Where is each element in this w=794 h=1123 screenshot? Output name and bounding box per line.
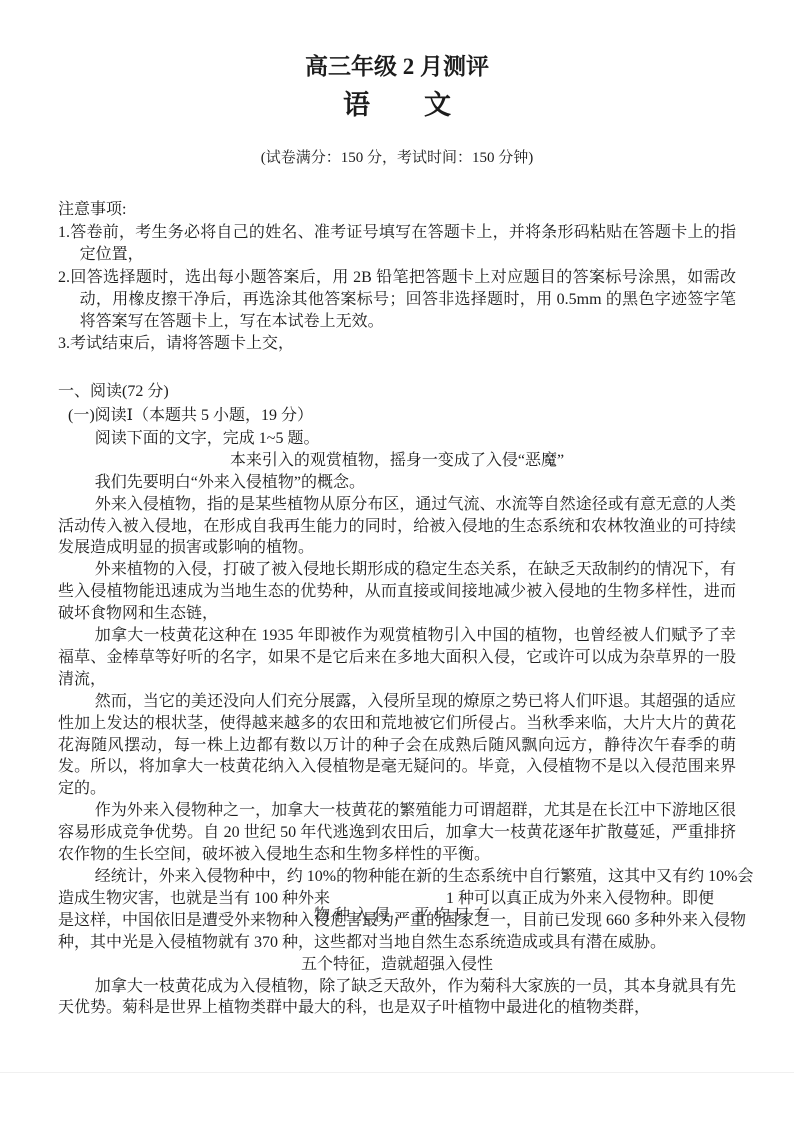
- note-item-3: 3.考试结束后，请将答题卡上交，: [58, 333, 736, 355]
- essay-body: 本来引入的观赏植物，摇身一变成了入侵“恶魔” 我们先要明白“外来入侵植物”的概念…: [58, 450, 736, 1020]
- essay-paragraph-5: 然而，当它的美还没向人们充分展露，入侵所呈现的燎原之势已将人们吓退。其超强的适应…: [58, 691, 736, 801]
- essay-paragraph-7: 经统计，外来入侵物种中，约 10%的物种能在新的生态系统中自行繁殖，这其中又有约…: [58, 866, 736, 954]
- essay-paragraph-6: 作为外来入侵物种之一，加拿大一枝黄花的繁殖能力可谓超群，尤其是在长江中下游地区很…: [58, 800, 736, 866]
- essay-heading-1: 本来引入的观赏植物，摇身一变成了入侵“恶魔”: [58, 450, 736, 472]
- essay-paragraph-4: 加拿大一枝黄花这种在 1935 年即被作为观赏植物引入中国的植物，也曾经被人们赋…: [58, 625, 736, 691]
- note-item-1: 1.答卷前，考生务必将自己的姓名、准考证号填写在答题卡上，并将条形码粘贴在答题卡…: [58, 222, 736, 267]
- glitch-gap: 物种入侵，平均只有: [330, 902, 446, 903]
- exam-subject: 语 文: [58, 88, 736, 122]
- exam-paper-page: 高三年级 2 月测评 语 文 (试卷满分：150 分，考试时间：150 分钟) …: [0, 0, 794, 1123]
- section-heading: 一、阅读(72 分): [58, 380, 736, 404]
- exam-title: 高三年级 2 月测评: [58, 52, 736, 82]
- notes-label: 注意事项:: [58, 198, 736, 222]
- essay-paragraph-3: 外来植物的入侵，打破了被入侵地长期形成的稳定生态关系，在缺乏天敌制约的情况下，有…: [58, 559, 736, 625]
- glitch-text-before: 造成生物灾害，也就是当有 100 种外来: [58, 890, 330, 907]
- glitch-dropped-text: 物种入侵，平均只有: [314, 905, 494, 927]
- essay-heading-2: 五个特征，造就超强入侵性: [58, 954, 736, 976]
- note-item-2: 2.回答选择题时，选出每小题答案后，用 2B 铅笔把答题卡上对应题目的答案标号涂…: [58, 267, 736, 334]
- exam-info: (试卷满分：150 分，考试时间：150 分钟): [58, 148, 736, 168]
- essay-paragraph-1: 我们先要明白“外来入侵植物”的概念。: [58, 472, 736, 494]
- page-content: 高三年级 2 月测评 语 文 (试卷满分：150 分，考试时间：150 分钟) …: [0, 52, 794, 1019]
- footer-divider: [0, 1072, 794, 1073]
- essay-paragraph-2: 外来入侵植物，指的是某些植物从原分布区，通过气流、水流等自然途径或有意无意的人类…: [58, 494, 736, 560]
- reading-section: 一、阅读(72 分) (一)阅读Ⅰ（本题共 5 小题，19 分） 阅读下面的文字…: [58, 380, 736, 1020]
- essay-paragraph-8: 加拿大一枝黄花成为入侵植物，除了缺乏天敌外，作为菊科大家族的一员，其本身就具有先…: [58, 976, 736, 1020]
- reading-instruction: 阅读下面的文字，完成 1~5 题。: [58, 428, 736, 450]
- glitch-paragraph-line-1: 经统计，外来入侵物种中，约 10%的物种能在新的生态系统中自行繁殖，这其中又有约…: [58, 866, 736, 888]
- glitch-paragraph-line-4: 种，其中光是入侵植物就有 370 种，这些都对当地自然生态系统造成或具有潜在威胁…: [58, 932, 736, 954]
- glitch-paragraph-line-2: 造成生物灾害，也就是当有 100 种外来物种入侵，平均只有1 种可以真正成为外来…: [58, 888, 736, 910]
- notes-section: 注意事项: 1.答卷前，考生务必将自己的姓名、准考证号填写在答题卡上，并将条形码…: [58, 198, 736, 356]
- part-heading: (一)阅读Ⅰ（本题共 5 小题，19 分）: [68, 404, 736, 428]
